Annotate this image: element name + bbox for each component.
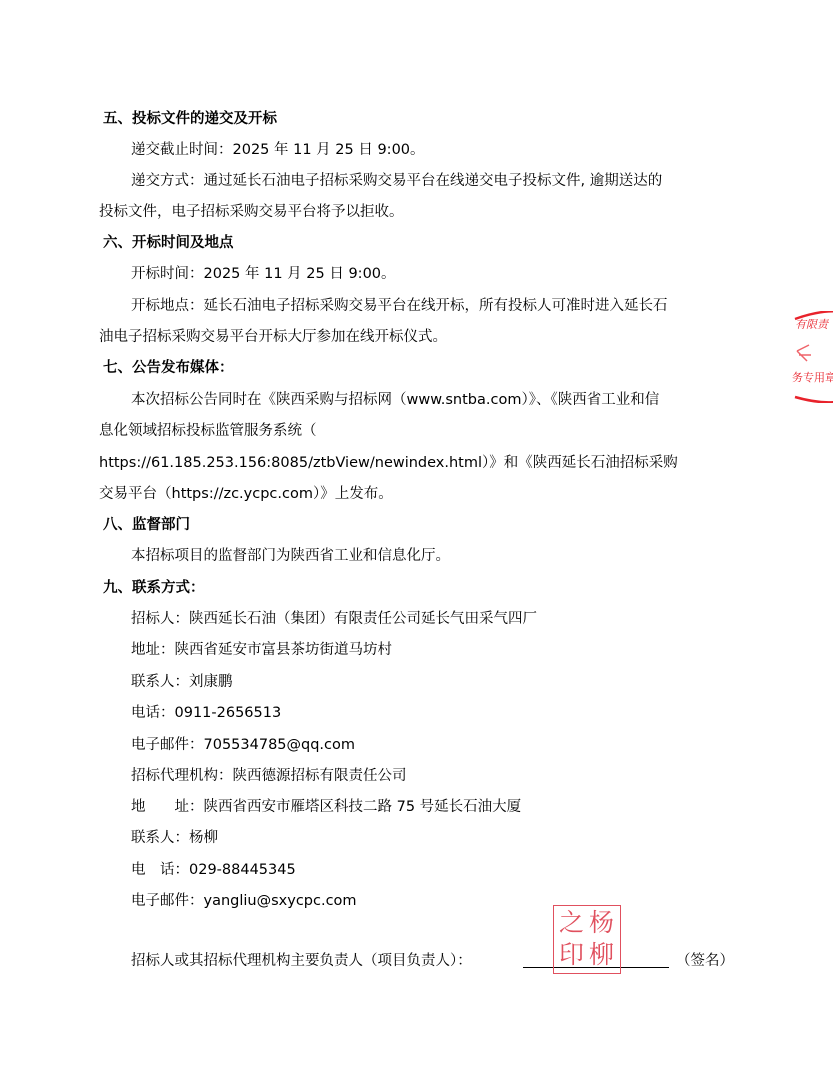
opening-location-line-2: 油电子招标采购交易平台开标大厅参加在线开标仪式。: [99, 327, 447, 347]
agency-phone: 电 话：029-88445345: [131, 860, 296, 880]
agency-contact: 联系人：杨柳: [131, 828, 218, 848]
tenderer-address: 地址：陕西省延安市富县茶坊街道马坊村: [131, 640, 392, 660]
section-9-heading: 九、联系方式：: [103, 578, 205, 598]
submission-method-line-1: 递交方式：通过延长石油电子招标采购交易平台在线递交电子投标文件, 逾期送达的: [131, 171, 662, 191]
tenderer-email: 电子邮件：705534785@qq.com: [131, 735, 355, 755]
opening-location-line-1: 开标地点：延长石油电子招标采购交易平台在线开标，所有投标人可准时进入延长石: [131, 296, 668, 316]
media-line-4: 交易平台（https://zc.ycpc.com）》上发布。: [99, 484, 393, 504]
media-line-1: 本次招标公告同时在《陕西采购与招标网（www.sntba.com）》、《陕西省工…: [131, 390, 659, 410]
submission-method-line-2: 投标文件，电子招标采购交易平台将予以拒收。: [99, 202, 404, 222]
agency-address: 地 址：陕西省西安市雁塔区科技二路 75 号延长石油大厦: [131, 797, 521, 817]
stamp-char-zhi: 之: [559, 909, 584, 937]
opening-time: 开标时间：2025 年 11 月 25 日 9:00。: [131, 264, 396, 284]
seal-bottom-text: 务专用章: [792, 369, 833, 385]
signature-label: 招标人或其招标代理机构主要负责人（项目负责人）：: [131, 951, 472, 971]
tenderer: 招标人：陕西延长石油（集团）有限责任公司延长气田采气四厂: [131, 609, 537, 629]
stamp-char-liu: 柳: [589, 941, 614, 969]
stamp-char-yin: 印: [559, 941, 584, 969]
personal-stamp: 杨 柳 之 印: [553, 905, 621, 974]
section-8-heading: 八、监督部门: [103, 515, 190, 535]
tenderer-contact: 联系人：刘康鹏: [131, 672, 233, 692]
section-6-heading: 六、开标时间及地点: [103, 233, 234, 253]
agency-name: 招标代理机构：陕西德源招标有限责任公司: [131, 766, 407, 786]
media-line-2: 息化领域招标投标监管服务系统（: [99, 421, 317, 441]
supervision-dept: 本招标项目的监督部门为陕西省工业和信息化厅。: [131, 546, 450, 566]
media-line-3: https://61.185.253.156:8085/ztbView/newi…: [99, 453, 678, 473]
section-7-heading: 七、公告发布媒体：: [103, 358, 234, 378]
section-5-heading: 五、投标文件的递交及开标: [103, 109, 277, 129]
company-seal-partial: 有限责 务专用章: [793, 311, 833, 403]
agency-email: 电子邮件：yangliu@sxycpc.com: [131, 891, 357, 911]
tenderer-phone: 电话：0911-2656513: [131, 703, 281, 723]
seal-top-text: 有限责: [795, 316, 828, 332]
submission-deadline: 递交截止时间：2025 年 11 月 25 日 9:00。: [131, 140, 425, 160]
stamp-char-yang: 杨: [589, 909, 614, 937]
signature-suffix: （签名）: [676, 951, 734, 971]
